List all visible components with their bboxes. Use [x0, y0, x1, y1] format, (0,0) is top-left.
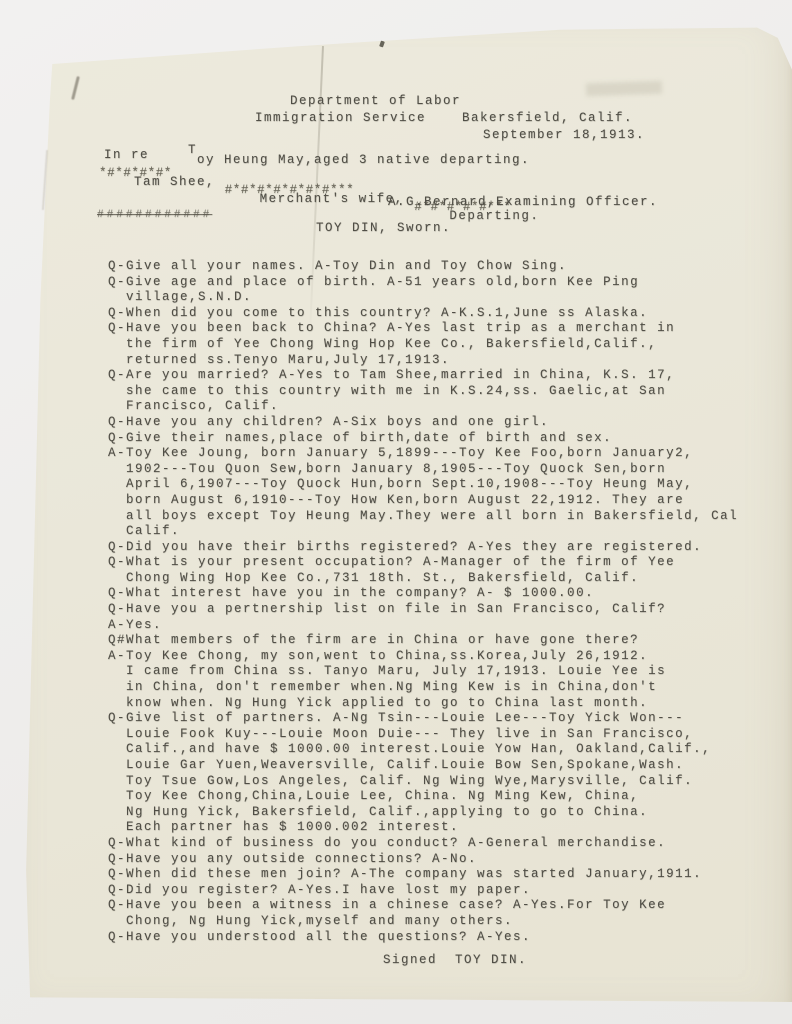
agency-location: Bakersfield, Calif. — [462, 111, 633, 125]
strikeover-marks: #*#*#*#*#*#*#*** — [225, 183, 355, 197]
document-line: she came to this country with me in K.S.… — [108, 384, 792, 400]
document-line: know when. Ng Hung Yick applied to go to… — [108, 696, 792, 712]
document-line: Q-Did you have their births registered? … — [108, 540, 792, 556]
document-line: the firm of Yee Chong Wing Hop Kee Co., … — [108, 337, 792, 353]
document-line: Q-Give their names,place of birth,date o… — [108, 431, 792, 447]
document-line: A-Yes. — [108, 618, 792, 634]
document-line: Louie Gar Yuen,Weaversville, Calif.Louie… — [108, 758, 792, 774]
document-line: Q-Give all your names. A-Toy Din and Toy… — [108, 259, 792, 275]
document-line: Toy Kee Chong,China,Louie Lee, China. Ng… — [108, 789, 792, 805]
document-line: 1902---Tou Quon Sew,born January 8,1905-… — [108, 462, 792, 478]
document-line: born August 6,1910---Toy How Ken,born Au… — [108, 493, 792, 509]
document-line: Q-When did you come to this country? A-K… — [108, 306, 792, 322]
document-line: all boys except Toy Heung May.They were … — [108, 509, 792, 525]
agency-service: Immigration Service — [255, 111, 426, 125]
document-line: Each partner has $ 1000.002 interest. — [108, 820, 792, 836]
scan-background: Department of Labor Immigration Service … — [0, 0, 792, 1024]
hash-strikeout-row: ############ — [97, 209, 212, 221]
document-line: Q-Give age and place of birth. A-51 year… — [108, 275, 792, 291]
document-line: Q-What kind of business do you conduct? … — [108, 836, 792, 852]
document-line: Q-Have you understood all the questions?… — [108, 930, 792, 946]
document-line: Calif.,and have $ 1000.00 interest.Louie… — [108, 742, 792, 758]
document-line: Q-Have you any children? A-Six boys and … — [108, 415, 792, 431]
document-line: Toy Tsue Gow,Los Angeles, Calif. Ng Wing… — [108, 774, 792, 790]
document-line: Q-Give list of partners. A-Ng Tsin---Lou… — [108, 711, 792, 727]
document-line: Q-Are you married? A-Yes to Tam Shee,mar… — [108, 368, 792, 384]
strikeover-marks: *#*#*#*#* — [99, 166, 172, 180]
document-line: A-Toy Kee Joung, born January 5,1899---T… — [108, 446, 792, 462]
document-line: Q-Have you a pertnership list on file in… — [108, 602, 792, 618]
document-line: returned ss.Tenyo Maru,July 17,1913. — [108, 353, 792, 369]
document-line: April 6,1907---Toy Quock Hun,born Sept.1… — [108, 477, 792, 493]
signature-line: Signed TOY DIN. — [383, 953, 527, 967]
examining-officer: A.G.Bernard,Examining Officer. — [388, 195, 658, 209]
document-line: Q-Have you any outside connections? A-No… — [108, 852, 792, 868]
document-line: Chong, Ng Hung Yick,myself and many othe… — [108, 914, 792, 930]
faded-smudge — [586, 81, 662, 97]
in-re-label: In re — [104, 148, 149, 162]
document-line: in China, don't remember when.Ng Ming Ke… — [108, 680, 792, 696]
document-line: Francisco, Calif. — [108, 399, 792, 415]
document-line: Q-Have you been a witness in a chinese c… — [108, 898, 792, 914]
document-line: Ng Hung Yick, Bakersfield, Calif.,applyi… — [108, 805, 792, 821]
agency-title: Department of Labor — [290, 94, 461, 108]
sworn-heading: TOY DIN, Sworn. — [316, 221, 451, 235]
document-line: Q#What members of the firm are in China … — [108, 633, 792, 649]
document-date: September 18,1913. — [483, 128, 645, 142]
document-line: I came from China ss. Tanyo Maru, July 1… — [108, 664, 792, 680]
subject-line: oy Heung May,aged 3 native departing. — [197, 153, 530, 167]
document-line: A-Toy Kee Chong, my son,went to China,ss… — [108, 649, 792, 665]
document-line: Q-When did these men join? A-The company… — [108, 867, 792, 883]
document-line: Q-Have you been back to China? A-Yes las… — [108, 321, 792, 337]
document-line: Q-What is your present occupation? A-Man… — [108, 555, 792, 571]
subject-raised-initial: T — [188, 143, 197, 157]
qa-transcript: Q-Give all your names. A-Toy Din and Toy… — [108, 259, 792, 945]
document-line: Q-What interest have you in the company?… — [108, 586, 792, 602]
document-line: Calif. — [108, 524, 792, 540]
document-line: Q-Did you register? A-Yes.I have lost my… — [108, 883, 792, 899]
document-line: Louie Fook Kuy---Louie Moon Duie--- They… — [108, 727, 792, 743]
document-line: Chong Wing Hop Kee Co.,731 18th. St., Ba… — [108, 571, 792, 587]
document-line: village,S.N.D. — [108, 290, 792, 306]
